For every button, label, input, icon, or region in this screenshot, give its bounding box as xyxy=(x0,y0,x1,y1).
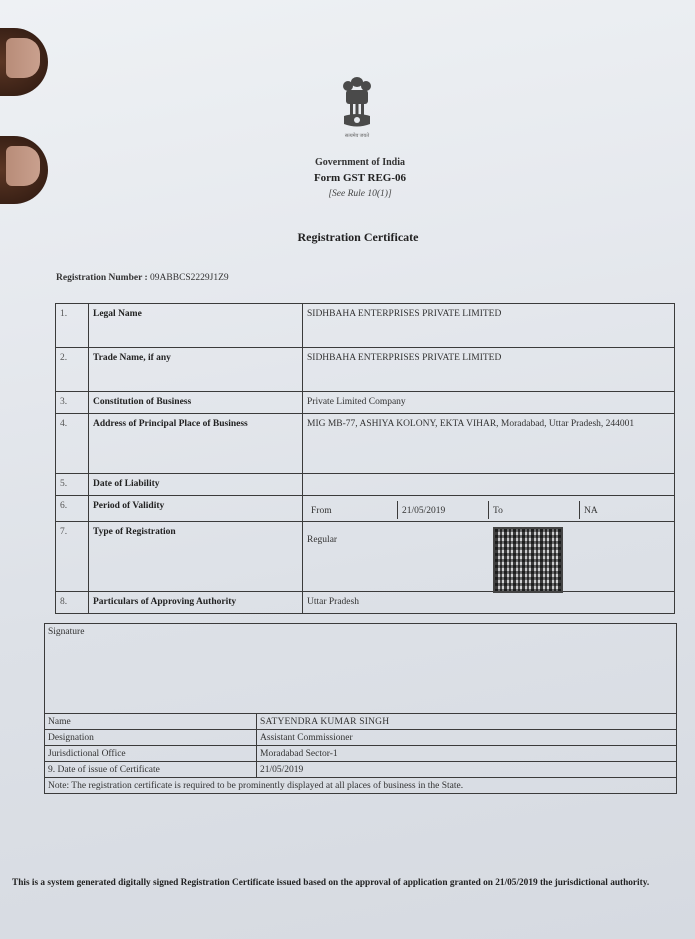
designation-value: Assistant Commissioner xyxy=(257,730,677,746)
row-number: 1. xyxy=(56,304,89,348)
approving-authority-value: Uttar Pradesh xyxy=(303,592,675,614)
row-number: 5. xyxy=(56,474,89,496)
row-number: 3. xyxy=(56,392,89,414)
field-label: Jurisdictional Office xyxy=(45,746,257,762)
table-row: Name SATYENDRA KUMAR SINGH xyxy=(45,714,677,730)
validity-cell: From 21/05/2019 To NA xyxy=(303,496,675,522)
form-heading: Form GST REG-06 xyxy=(0,172,695,184)
national-emblem-icon xyxy=(340,74,374,132)
table-row: 2. Trade Name, if any SIDHBAHA ENTERPRIS… xyxy=(56,348,675,392)
government-heading: Government of India xyxy=(0,157,695,168)
row-label: Address of Principal Place of Business xyxy=(89,414,303,474)
validity-from-label: From xyxy=(307,501,398,519)
emblem-caption: सत्यमेव जयते xyxy=(337,133,377,139)
field-label: Name xyxy=(45,714,257,730)
validity-from-value: 21/05/2019 xyxy=(398,501,489,519)
table-row: 4. Address of Principal Place of Busines… xyxy=(56,414,675,474)
signature-table: Signature Name SATYENDRA KUMAR SINGH Des… xyxy=(44,623,677,794)
row-label: Constitution of Business xyxy=(89,392,303,414)
registration-type-text: Regular xyxy=(307,535,670,545)
table-row: Designation Assistant Commissioner xyxy=(45,730,677,746)
registration-type-value: Regular xyxy=(303,522,675,592)
table-row: 6. Period of Validity From 21/05/2019 To… xyxy=(56,496,675,522)
display-note: Note: The registration certificate is re… xyxy=(45,778,677,794)
registration-number-label: Registration Number : xyxy=(56,273,148,283)
registration-number-value: 09ABBCS2229J1Z9 xyxy=(150,273,229,283)
officer-name-value: SATYENDRA KUMAR SINGH xyxy=(257,714,677,730)
field-label: Designation xyxy=(45,730,257,746)
table-row: 8. Particulars of Approving Authority Ut… xyxy=(56,592,675,614)
issue-date-value: 21/05/2019 xyxy=(257,762,677,778)
signature-row: Signature xyxy=(45,624,677,714)
table-row: 1. Legal Name SIDHBAHA ENTERPRISES PRIVA… xyxy=(56,304,675,348)
legal-name-value: SIDHBAHA ENTERPRISES PRIVATE LIMITED xyxy=(303,304,675,348)
footer-disclaimer: This is a system generated digitally sig… xyxy=(12,876,695,891)
rule-reference: [See Rule 10(1)] xyxy=(0,189,695,199)
table-row: 3. Constitution of Business Private Limi… xyxy=(56,392,675,414)
address-value: MIG MB-77, ASHIYA KOLONY, EKTA VIHAR, Mo… xyxy=(303,414,675,474)
row-label: Legal Name xyxy=(89,304,303,348)
row-label: Trade Name, if any xyxy=(89,348,303,392)
signature-box: Signature xyxy=(45,624,677,714)
table-row: 9. Date of issue of Certificate 21/05/20… xyxy=(45,762,677,778)
row-number: 7. xyxy=(56,522,89,592)
row-label: Period of Validity xyxy=(89,496,303,522)
row-label: Date of Liability xyxy=(89,474,303,496)
constitution-value: Private Limited Company xyxy=(303,392,675,414)
table-row: 7. Type of Registration Regular xyxy=(56,522,675,592)
document-title: Registration Certificate xyxy=(0,230,695,245)
registration-details-table: 1. Legal Name SIDHBAHA ENTERPRISES PRIVA… xyxy=(55,303,675,614)
liability-date-value xyxy=(303,474,675,496)
row-label: Type of Registration xyxy=(89,522,303,592)
jurisdictional-office-value: Moradabad Sector-1 xyxy=(257,746,677,762)
trade-name-value: SIDHBAHA ENTERPRISES PRIVATE LIMITED xyxy=(303,348,675,392)
row-label: Particulars of Approving Authority xyxy=(89,592,303,614)
validity-to-value: NA xyxy=(580,501,670,519)
table-row: 5. Date of Liability xyxy=(56,474,675,496)
finger xyxy=(0,28,48,96)
registration-number: Registration Number : 09ABBCS2229J1Z9 xyxy=(56,273,229,283)
row-number: 8. xyxy=(56,592,89,614)
row-number: 2. xyxy=(56,348,89,392)
validity-to-label: To xyxy=(489,501,580,519)
note-row: Note: The registration certificate is re… xyxy=(45,778,677,794)
table-row: Jurisdictional Office Moradabad Sector-1 xyxy=(45,746,677,762)
qr-code-icon xyxy=(493,527,563,593)
row-number: 6. xyxy=(56,496,89,522)
row-number: 4. xyxy=(56,414,89,474)
field-label: 9. Date of issue of Certificate xyxy=(45,762,257,778)
